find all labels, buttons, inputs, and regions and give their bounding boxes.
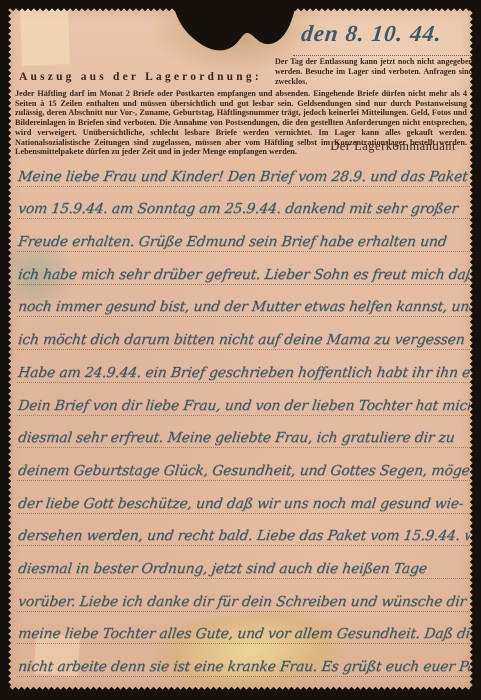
handwritten-line: Meine liebe Frau und Kinder! Den Brief v… <box>17 154 470 187</box>
handwritten-letter: Meine liebe Frau und Kinder! Den Brief v… <box>17 154 470 677</box>
handwritten-line: deinem Geburtstage Glück, Gesundheit, un… <box>17 448 470 481</box>
handwritten-line: diesmal sehr erfreut. Meine geliebte Fra… <box>17 416 470 449</box>
handwritten-line-text: vom 15.9.44. am Sonntag am 25.9.44. dank… <box>17 201 459 218</box>
handwritten-line-text: noch immer gesund bist, und der Mutter e… <box>17 299 470 316</box>
handwritten-line-text: ich habe mich sehr drüber gefreut. Liebe… <box>17 267 470 284</box>
handwritten-line-text: der liebe Gott beschütze, und daß wir un… <box>17 496 464 513</box>
handwritten-line: der liebe Gott beschütze, und daß wir un… <box>17 481 470 514</box>
handwritten-line-text: dersehen werden, und recht bald. Liebe d… <box>17 528 470 545</box>
handwritten-line-text: nicht arbeite denn sie ist eine kranke F… <box>17 659 470 676</box>
release-notice: Der Tag der Entlassung kann jetzt noch n… <box>275 57 473 86</box>
handwritten-line: Dein Brief von dir liebe Frau, und von d… <box>17 383 470 416</box>
handwritten-line: Habe am 24.9.44. ein Brief geschrieben h… <box>17 350 470 383</box>
handwritten-line: dersehen werden, und recht bald. Liebe d… <box>17 514 470 547</box>
date-handwritten: den 8. 10. 44. <box>293 21 474 56</box>
perforated-edge-left <box>7 7 11 691</box>
handwritten-line: diesmal in bester Ordnung, jetzt sind au… <box>17 546 470 579</box>
handwritten-line: ich habe mich sehr drüber gefreut. Liebe… <box>17 252 470 285</box>
handwritten-line-text: meine liebe Tochter alles Gute, und vor … <box>17 626 470 643</box>
letter-form-sheet: den 8. 10. 44. Der Tag der Entlassung ka… <box>7 7 474 691</box>
perforated-edge-right <box>470 7 474 691</box>
handwritten-line-text: vorüber. Liebe ich danke dir für dein Sc… <box>17 594 467 611</box>
handwritten-line: vom 15.9.44. am Sonntag am 25.9.44. dank… <box>17 187 470 220</box>
handwritten-line-text: deinem Geburtstage Glück, Gesundheit, un… <box>17 463 470 480</box>
handwritten-line-text: Meine liebe Frau und Kinder! Den Brief v… <box>17 169 469 186</box>
handwritten-line: meine liebe Tochter alles Gute, und vor … <box>17 612 470 645</box>
handwritten-line-text: diesmal sehr erfreut. Meine geliebte Fra… <box>17 430 455 447</box>
handwritten-line-text: Dein Brief von dir liebe Frau, und von d… <box>17 398 470 415</box>
handwritten-line: Freude erhalten. Grüße Edmund sein Brief… <box>17 219 470 252</box>
handwritten-line-text: Freude erhalten. Grüße Edmund sein Brief… <box>17 234 447 251</box>
camp-commander-signature: Der Lagerkommandant <box>330 139 456 154</box>
handwritten-line: nicht arbeite denn sie ist eine kranke F… <box>17 644 470 677</box>
handwritten-line: ich möcht dich darum bitten nicht auf de… <box>17 317 470 350</box>
camp-rules-heading: Auszug aus der Lagerordnung: <box>19 71 262 83</box>
handwritten-line: noch immer gesund bist, und der Mutter e… <box>17 285 470 318</box>
handwritten-line-text: diesmal in bester Ordnung, jetzt sind au… <box>17 561 428 578</box>
handwritten-line-text: Habe am 24.9.44. ein Brief geschrieben h… <box>17 365 470 382</box>
handwritten-line: vorüber. Liebe ich danke dir für dein Sc… <box>17 579 470 612</box>
handwritten-line-text: ich möcht dich darum bitten nicht auf de… <box>17 332 466 349</box>
